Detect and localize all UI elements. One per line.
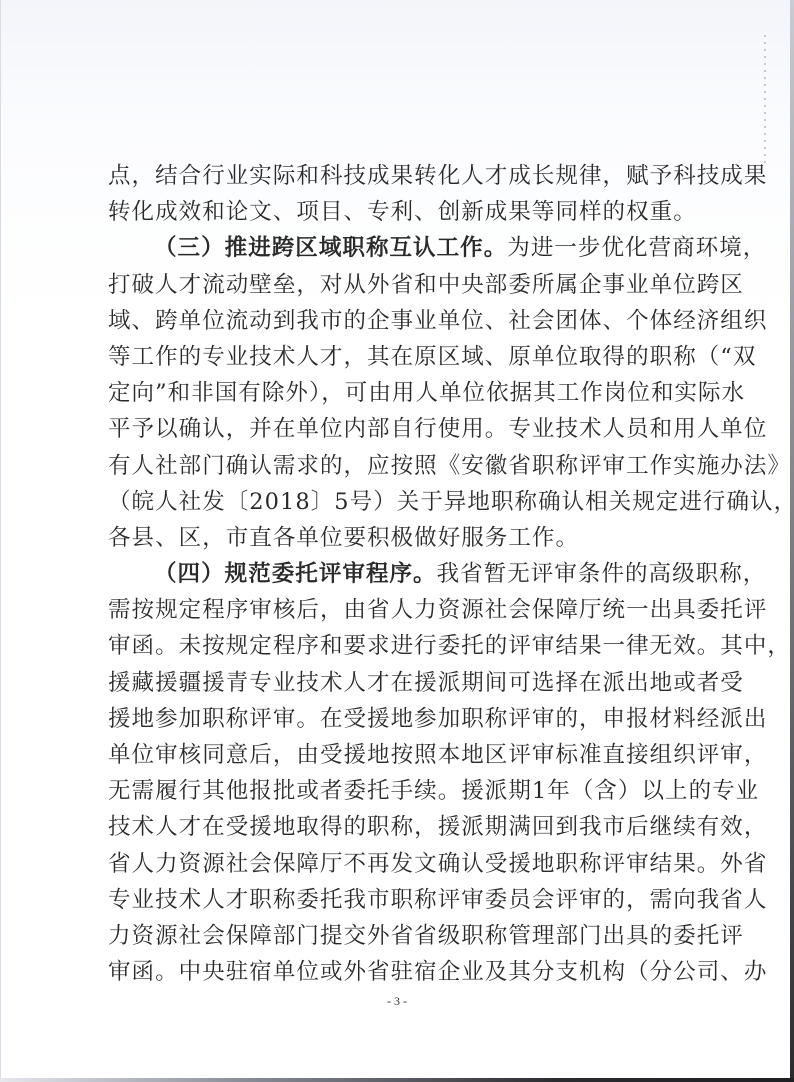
text-line: 转化成效和论文、项目、专利、创新成果等同样的权重。 <box>108 194 674 230</box>
text-line: 域、跨单位流动到我市的企事业单位、社会团体、个体经济组织 <box>108 303 674 339</box>
scan-edge-bottom <box>0 1078 794 1082</box>
text-line: 需按规定程序审核后，由省人力资源社会保障厅统一出具委托评 <box>108 592 674 628</box>
text-line: 打破人才流动壁垒，对从外省和中央部委所属企事业单位跨区 <box>108 267 674 303</box>
text-line: 定向”和非国有除外），可由用人单位依据其工作岗位和实际水 <box>108 375 674 411</box>
scan-edge-right <box>790 0 794 1082</box>
text-line: 各县、区，市直各单位要积极做好服务工作。 <box>108 520 674 556</box>
text-line: 省人力资源社会保障厅不再发文确认受援地职称评审结果。外省 <box>108 846 674 882</box>
page-number: - 3 - <box>0 994 794 1009</box>
text-line: 平予以确认，并在单位内部自行使用。专业技术人员和用人单位 <box>108 411 674 447</box>
text-line: 无需履行其他报批或者委托手续。援派期1年（含）以上的专业 <box>108 773 674 809</box>
text-line: 援藏援疆援青专业技术人才在援派期间可选择在派出地或者受 <box>108 665 674 701</box>
document-body: 点，结合行业实际和科技成果转化人才成长规律，赋予科技成果 转化成效和论文、项目、… <box>108 158 674 990</box>
scan-edge-left <box>0 0 1 1082</box>
text-line: 点，结合行业实际和科技成果转化人才成长规律，赋予科技成果 <box>108 158 674 194</box>
section-heading: （三）推进跨区域职称互认工作。 <box>154 235 507 261</box>
text-run: 我省暂无评审条件的高级职称， <box>437 561 767 587</box>
text-line: 专业技术人才职称委托我市职称评审委员会评审的，需向我省人 <box>108 882 674 918</box>
text-line: 审函。中央驻宿单位或外省驻宿企业及其分支机构（分公司、办 <box>108 954 674 990</box>
paragraph-section-4: （四）规范委托评审程序。我省暂无评审条件的高级职称， 需按规定程序审核后，由省人… <box>108 556 674 990</box>
section-heading-line: （四）规范委托评审程序。我省暂无评审条件的高级职称， <box>108 556 674 592</box>
document-page: 点，结合行业实际和科技成果转化人才成长规律，赋予科技成果 转化成效和论文、项目、… <box>0 0 794 1082</box>
text-line: （皖人社发〔2018〕5号）关于异地职称确认相关规定进行确认， <box>108 484 674 520</box>
scan-artifact-marks <box>764 35 766 165</box>
section-heading-line: （三）推进跨区域职称互认工作。为进一步优化营商环境， <box>108 230 674 266</box>
text-line: 单位审核同意后，由受援地按照本地区评审标准直接组织评审， <box>108 737 674 773</box>
text-line: 等工作的专业技术人才，其在原区域、原单位取得的职称（“双 <box>108 339 674 375</box>
text-line: 技术人才在受援地取得的职称，援派期满回到我市后继续有效， <box>108 809 674 845</box>
paragraph-section-3: （三）推进跨区域职称互认工作。为进一步优化营商环境， 打破人才流动壁垒，对从外省… <box>108 230 674 556</box>
text-line: 有人社部门确认需求的，应按照《安徽省职称评审工作实施办法》 <box>108 448 674 484</box>
section-heading: （四）规范委托评审程序。 <box>154 561 437 587</box>
text-line: 援地参加职称评审。在受援地参加职称评审的，申报材料经派出 <box>108 701 674 737</box>
text-run: 为进一步优化营商环境， <box>507 235 766 261</box>
text-line: 力资源社会保障部门提交外省省级职称管理部门出具的委托评 <box>108 918 674 954</box>
paragraph-continued: 点，结合行业实际和科技成果转化人才成长规律，赋予科技成果 转化成效和论文、项目、… <box>108 158 674 230</box>
text-line: 审函。未按规定程序和要求进行委托的评审结果一律无效。其中， <box>108 628 674 664</box>
